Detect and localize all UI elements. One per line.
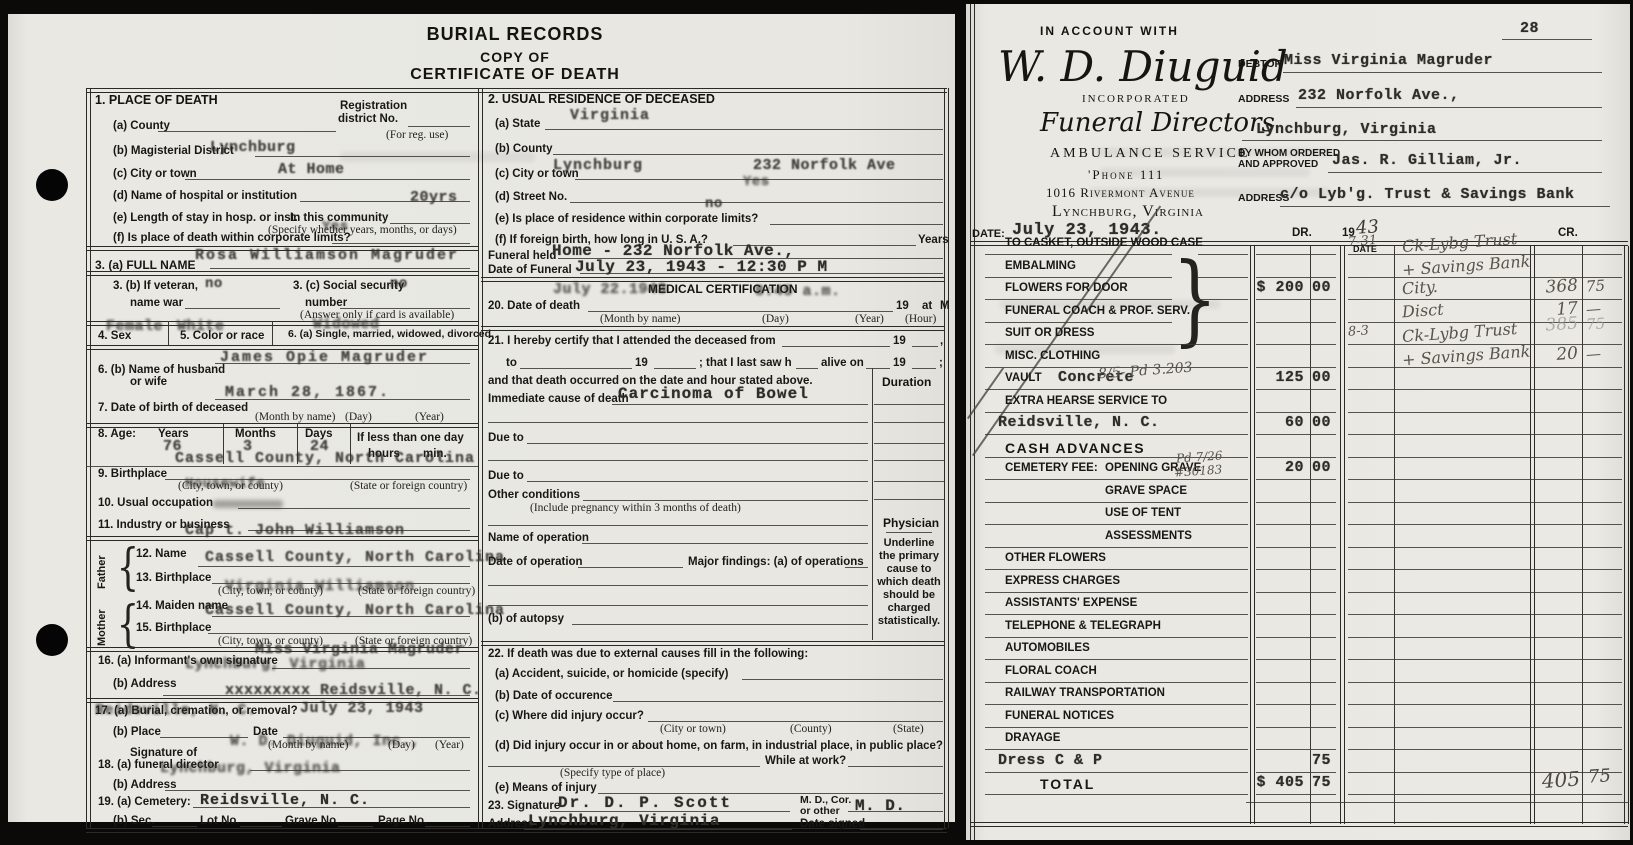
occupation-value: Housewife: [185, 476, 265, 492]
date-label: DATE:: [972, 228, 1005, 240]
ledger-row-line: [1348, 367, 1622, 368]
cemetery-label: 19. (a) Cemetery:: [98, 796, 191, 808]
for-reg-use-note: (For reg. use): [386, 129, 448, 141]
ledger-row-line: [1256, 322, 1336, 323]
ordered-by-label2: AND APPROVED: [1238, 159, 1318, 170]
debtor-value: Miss Virginia Magruder: [1284, 52, 1493, 69]
account-row-label: TELEPHONE & TELEGRAPH: [1005, 620, 1161, 632]
account-row-label: VAULT: [1005, 372, 1042, 384]
form-column-divider: [478, 88, 483, 828]
physician-heading: Physician: [883, 516, 939, 530]
account-row-sublabel: ASSESSMENTS: [1105, 530, 1192, 542]
age-months-label: Months: [235, 428, 276, 440]
ledger-rule: [1624, 246, 1629, 824]
ledger-row-line: [1256, 727, 1336, 728]
ledger-row-line: [985, 727, 1248, 728]
years-label: Years: [918, 234, 949, 246]
nineteen-label4: 19: [893, 357, 906, 369]
year-note: (Year): [415, 411, 444, 423]
age-label: 8. Age:: [98, 428, 136, 440]
ledger-row-line: [1256, 367, 1336, 368]
section2-heading: 2. USUAL RESIDENCE OF DECEASED: [488, 92, 715, 106]
field-line: [163, 695, 470, 696]
field-line: [613, 701, 943, 702]
day-note3: (Day): [762, 313, 789, 325]
ledger-row-line: [1256, 277, 1336, 278]
comma: ,: [940, 335, 943, 347]
field-line: [612, 404, 868, 405]
ledger-row-line: [1348, 277, 1622, 278]
ambulance-service-label: AMBULANCE SERVICE: [1050, 146, 1250, 162]
ledger-row-line: [1348, 794, 1622, 795]
field-line: [185, 308, 280, 309]
father-birthplace-value: Cassell County, North Carolina: [205, 549, 505, 566]
field-line: [527, 481, 868, 482]
autopsy-label: (b) of autopsy: [488, 613, 564, 625]
field-line: [488, 605, 868, 606]
field-line: [580, 273, 943, 274]
magisterial-district-value: Lynchburg: [210, 139, 296, 156]
account-row-label: ASSISTANTS' EXPENSE: [1005, 597, 1137, 609]
field-line: [1242, 140, 1602, 141]
year-note2: (Year): [435, 739, 464, 751]
state-foreign-note: (State or foreign country): [350, 480, 467, 492]
account-row-label: DRAYAGE: [1005, 732, 1060, 744]
hole-punch-top: [36, 169, 68, 201]
burial-place-label: (b) Place: [113, 726, 161, 738]
ordered-by-value: Jas. R. Gilliam, Jr.: [1332, 152, 1522, 169]
section-divider: [86, 271, 478, 276]
ledger-row-line: [1348, 457, 1622, 458]
ledger-row-line: [1348, 412, 1622, 413]
district-no-label: district No.: [338, 113, 398, 125]
field-line: [215, 399, 470, 400]
field-line: [524, 829, 792, 830]
field-line: [742, 679, 943, 680]
firm-street-label: 1016 Rivermont Avenue: [1046, 185, 1195, 201]
ledger-row-line: [985, 659, 1248, 660]
state-label: (a) State: [495, 118, 540, 130]
ledger-rule: [1250, 246, 1255, 824]
credit-entry-cents: 75: [1585, 315, 1605, 334]
major-findings-label: Major findings: (a) of operations: [688, 556, 864, 568]
father-birthplace-label: 13. Birthplace: [136, 572, 211, 584]
field-line: [240, 826, 282, 827]
ledger-row-line: [1348, 659, 1622, 660]
immediate-cause-label: Immediate cause of death: [488, 393, 629, 405]
grave-label: Grave No.: [285, 815, 339, 827]
ledger-row-line: [985, 254, 1172, 255]
ledger-row-line: [1256, 569, 1336, 570]
account-row-typed-value: Reidsville, N. C.: [998, 414, 1160, 431]
account-row-label: TO CASKET, OUTSIDE WOOD CASE: [1005, 237, 1203, 249]
phone-label: 'Phone 111: [1088, 167, 1164, 183]
date-of-death-value: July 22.1943: [553, 281, 667, 298]
father-brace: {: [117, 538, 139, 596]
certify-line1: 21. I hereby certify that I attended the…: [488, 335, 776, 347]
accident-label: (a) Accident, suicide, or homicide (spec…: [495, 668, 728, 680]
day-note2: (Day): [388, 739, 415, 751]
field-line: [588, 311, 893, 312]
ledger-row-line: [1348, 592, 1622, 593]
hole-punch-bottom: [36, 624, 68, 656]
physician-signature-value: Dr. D. P. Scott: [558, 794, 732, 812]
duration-line: [874, 460, 944, 461]
account-row-label: RAILWAY TRANSPORTATION: [1005, 687, 1165, 699]
debtor-label: DEBTOR: [1238, 58, 1282, 70]
field-line: [770, 224, 943, 225]
credit-entry-dollars: 20: [1531, 343, 1578, 366]
field-line: [1328, 172, 1602, 173]
ordered-by-label1: BY WHOM ORDERED: [1238, 148, 1340, 159]
field-line: [848, 766, 943, 767]
account-row-label: FLORAL COACH: [1005, 665, 1097, 677]
field-line: [520, 368, 632, 369]
account-dr-cents: 00: [1312, 459, 1331, 476]
physician-address-value: Lynchburg, Virginia: [528, 812, 720, 830]
credit-entry-dollars: 385: [1531, 314, 1578, 337]
field-line: [583, 500, 868, 501]
ledger-row-line: [1348, 772, 1622, 773]
section-divider: [86, 536, 478, 541]
city-town-county-note2: (City, town, or county): [218, 585, 323, 597]
father-name-label: 12. Name: [136, 548, 187, 560]
corporate-limits-label: (f) Is place of death within corporate l…: [113, 232, 351, 244]
duration-line: [874, 481, 944, 482]
credit-entry-note: Disct: [1401, 299, 1444, 321]
city-or-town-value: At Home: [278, 161, 345, 178]
field-line: [488, 422, 868, 423]
account-row-label: CASH ADVANCES: [1005, 440, 1145, 456]
ledger-row-line: [1256, 614, 1336, 615]
ledger-row-line: [985, 704, 1248, 705]
external-causes-label: 22. If death was due to external causes …: [488, 648, 808, 660]
father-label: Father: [96, 545, 108, 589]
ledger-row-line: [1256, 457, 1336, 458]
account-dr-cents: 00: [1312, 369, 1331, 386]
ledger-row-line: [985, 637, 1248, 638]
account-dr-dollars: 20: [1248, 459, 1304, 476]
firm-city-label: Lynchburg, Virginia: [1052, 203, 1204, 221]
section-divider: [86, 423, 478, 428]
other-conditions-label: Other conditions: [488, 489, 580, 501]
ledger-row-line: [985, 344, 1248, 345]
field-line: [912, 346, 938, 347]
field-line: [158, 131, 336, 132]
field-line: [845, 567, 868, 568]
spouse-label: 6. (b) Name of husband: [98, 364, 225, 376]
time-of-death-value: 8:45 a.m.: [755, 283, 841, 300]
account-row-sublabel: USE OF TENT: [1105, 507, 1181, 519]
hour-note3: (Hour): [905, 313, 936, 325]
cell-divider: [168, 321, 169, 345]
duration-box-border: [872, 368, 873, 640]
field-line: [198, 566, 470, 567]
residence-corporate-yes: Yes: [743, 174, 770, 190]
state-foreign-note2: (State or foreign country): [358, 585, 475, 597]
ledger-row-line: [1348, 682, 1622, 683]
ledger-row-line: [1348, 637, 1622, 638]
ledger-row-line: [1348, 547, 1622, 548]
ledger-row-line: [985, 749, 1248, 750]
field-line: [848, 811, 943, 812]
ledger-row-line: [1256, 772, 1336, 773]
informant-address-value: xxxxxxxxx Reidsville, N. C.: [225, 682, 482, 699]
ledger-row-line: [1256, 299, 1336, 300]
or-other-label: or other: [800, 805, 840, 817]
physician-note: Underline the primary cause to which dea…: [875, 537, 943, 628]
date-signed-label: Date signed: [800, 818, 865, 830]
sex-label: 4. Sex: [98, 330, 131, 342]
field-line: [796, 368, 818, 369]
veteran-value: no: [205, 276, 223, 292]
account-dr-dollars: $ 405: [1248, 774, 1304, 791]
ledger-row-line: [1256, 547, 1336, 548]
funeral-directors-label: Funeral Directors: [1040, 108, 1275, 138]
pregnancy-note: (Include pregnancy within 3 months of de…: [530, 502, 741, 514]
ledger-row-line: [985, 569, 1248, 570]
field-line: [545, 129, 943, 130]
burial-date-value: July 23, 1943: [300, 700, 424, 717]
occurrence-date-label: (b) Date of occurence: [495, 690, 613, 702]
account-dr-dollars: $ 200: [1248, 279, 1304, 296]
informant-address-label: (b) Address: [113, 678, 176, 690]
city-town-note: (City or town): [660, 723, 726, 735]
ledger-row-line: [1348, 299, 1622, 300]
at-label: at: [922, 300, 932, 312]
birthplace-value: Cassell County, North Carolina: [175, 450, 475, 467]
credit-total-dollars: 405: [1533, 766, 1581, 793]
section1-heading: 1. PLACE OF DEATH: [95, 93, 218, 107]
ledger-row-line: [1348, 434, 1622, 435]
in-account-with-label: IN ACCOUNT WITH: [1040, 24, 1179, 38]
ledger-row-line: [985, 614, 1248, 615]
ledger-row-line: [1256, 502, 1336, 503]
ledger-row-line: [1198, 254, 1248, 255]
ledger-row-line: [1348, 704, 1622, 705]
name-war-label: name war: [130, 297, 183, 309]
full-name-value: Rosa Williamson Magruder: [195, 247, 459, 264]
field-line: [1280, 206, 1610, 207]
ledger-row-line: [1256, 704, 1336, 705]
field-line: [570, 202, 943, 203]
ledger-row-line: [1348, 614, 1622, 615]
residence-county-label: (b) County: [495, 143, 552, 155]
form-border-left: [86, 88, 91, 828]
field-line: [654, 368, 696, 369]
ledger-row-line: [1348, 479, 1622, 480]
ledger-row-line: [1256, 344, 1336, 345]
page-label: Page No.: [378, 815, 427, 827]
form-border-right: [944, 88, 949, 828]
registration-label: Registration: [340, 100, 407, 112]
nineteen-label2: 19: [893, 335, 906, 347]
ledger-row-line: [985, 299, 1172, 300]
injury-home-label: (d) Did injury occur in or about home, o…: [495, 740, 943, 752]
alive-on-label: alive on: [821, 357, 864, 369]
account-row-label: CEMETERY FEE:: [1005, 462, 1098, 474]
ledger-row-line: [1256, 389, 1336, 390]
field-line: [1502, 39, 1592, 40]
birthplace-label: 9. Birthplace: [98, 468, 167, 480]
year-note3: (Year): [855, 313, 884, 325]
duration-line: [874, 499, 944, 500]
account-row-label: FUNERAL NOTICES: [1005, 710, 1114, 722]
hospital-label: (d) Name of hospital or institution: [113, 190, 297, 202]
ledger-row-line: [985, 502, 1248, 503]
ledger-rule: [1394, 246, 1395, 824]
account-row-label: FLOWERS FOR DOOR: [1005, 282, 1128, 294]
less-than-day-label: If less than one day: [357, 432, 464, 444]
credit-entry-date: 7-31: [1348, 233, 1378, 250]
ledger-row-line: [985, 772, 1248, 773]
account-row-label: OTHER FLOWERS: [1005, 552, 1106, 564]
field-line: [572, 624, 868, 625]
ledger-row-line: [1256, 749, 1336, 750]
account-row-label: EMBALMING: [1005, 260, 1076, 272]
field-line: [210, 268, 470, 269]
account-row-label: EXTRA HEARSE SERVICE TO: [1005, 395, 1167, 407]
field-line: [860, 829, 943, 830]
account-row-sublabel: GRAVE SPACE: [1105, 485, 1187, 497]
ledger-row-line: [1256, 592, 1336, 593]
last-saw-label: ; that I last saw h: [699, 357, 792, 369]
spouse-label2: or wife: [130, 376, 167, 388]
account-dr-cents: 75: [1312, 752, 1331, 769]
field-line: [152, 826, 197, 827]
street-number-label: (d) Street No.: [495, 191, 567, 203]
injury-where-label: (c) Where did injury occur?: [495, 710, 644, 722]
due-to-label1: Due to: [488, 432, 524, 444]
funeral-director-city: Lynchburg, Virginia: [160, 760, 341, 777]
md-value: M. D.: [855, 797, 906, 815]
ledger-row-line: [1256, 682, 1336, 683]
place-type-note: (Specify type of place): [560, 767, 665, 779]
credit-entry-cents: 75: [1585, 276, 1605, 295]
ledger-row-line: [1256, 524, 1336, 525]
ledger-row-line: [1256, 637, 1336, 638]
document-subtitle-2: CERTIFICATE OF DEATH: [300, 66, 730, 84]
social-security-label: 3. (c) Social security: [293, 280, 404, 292]
nineteen-label: 19: [896, 300, 909, 312]
length-of-stay-value: 20yrs: [410, 189, 458, 206]
ledger-row-line: [1348, 569, 1622, 570]
field-line: [912, 368, 936, 369]
scanned-document: BURIAL RECORDS COPY OF CERTIFICATE OF DE…: [0, 0, 1633, 845]
ledger-row-line: [1348, 502, 1622, 503]
field-line: [527, 443, 868, 444]
account-dr-cents: 00: [1312, 279, 1331, 296]
informant-city-value: Lynchburg, Virginia: [185, 656, 366, 673]
account-dr-dollars: 125: [1248, 369, 1304, 386]
operation-name-label: Name of operation: [488, 532, 589, 544]
ledger-row-line: [985, 794, 1248, 795]
due-to-label2: Due to: [488, 470, 524, 482]
funeral-date-label: Date of Funeral: [488, 264, 572, 276]
month-note: (Month by name): [255, 411, 335, 423]
field-line: [272, 668, 470, 669]
sec-label: (b) Sec.: [113, 815, 155, 827]
account-row-label: MISC. CLOTHING: [1005, 350, 1100, 362]
field-line: [1283, 72, 1602, 73]
ledger-row-line: [1256, 479, 1336, 480]
ledger-row-line: [1256, 659, 1336, 660]
ledger-row-line: [1256, 794, 1336, 795]
field-line: [1296, 107, 1602, 108]
field-line: [215, 363, 470, 364]
account-row-label: EXPRESS CHARGES: [1005, 575, 1120, 587]
dr-column-label: DR.: [1292, 227, 1312, 239]
ledger-row-line: [985, 547, 1248, 548]
ledger-row-line: [1198, 277, 1248, 278]
field-line: [86, 466, 478, 467]
full-name-label: 3. (a) FULL NAME: [95, 258, 195, 272]
cell-divider: [272, 321, 273, 345]
field-line: [488, 525, 868, 526]
document-subtitle-1: COPY OF: [300, 49, 730, 65]
account-row-label: SUIT OR DRESS: [1005, 327, 1094, 339]
field-line: [250, 770, 470, 771]
ledger-row-line: [985, 322, 1172, 323]
burial-place-value: Reidsville, N. C.: [95, 702, 257, 719]
ledger-row-line: [985, 524, 1248, 525]
credit-total-cents: 75: [1587, 765, 1611, 788]
month-note3: (Month by name): [600, 313, 680, 325]
debtor-address2-value: Lynchburg, Virginia: [1256, 121, 1437, 138]
state-note: (State): [893, 723, 924, 735]
ledger-bottom-rule: [970, 822, 1628, 827]
cr-column-label: CR.: [1558, 227, 1578, 239]
field-line: [185, 179, 470, 180]
credit-entry-date: 8-3: [1348, 323, 1370, 339]
ledger-row-line: [985, 592, 1248, 593]
ledger-rule: [1310, 246, 1311, 824]
debtor-address1-value: 232 Norfolk Ave.,: [1298, 87, 1460, 104]
mother-label: Mother: [96, 602, 108, 646]
account-dr-dollars: 60: [1248, 414, 1304, 431]
lot-label: Lot No.: [200, 815, 240, 827]
ledger-rule: [1340, 246, 1345, 824]
ledger-row-line: [1198, 299, 1248, 300]
semicolon: ;: [939, 357, 943, 369]
ledger-row-line: [1256, 434, 1336, 435]
field-line: [553, 154, 943, 155]
residence-corporate-label: (e) Is place of residence within corpora…: [495, 213, 758, 225]
physician-underline: [886, 532, 932, 533]
immediate-cause-value: Carcinoma of Bowel: [618, 385, 809, 403]
field-line: [488, 460, 868, 461]
ledger-row-line: [1198, 322, 1248, 323]
signature-of-label: Signature of: [130, 747, 197, 759]
account-row-typed-value: Dress C & P: [998, 752, 1103, 769]
section-divider: [481, 326, 944, 331]
race-label: 5. Color or race: [180, 330, 264, 342]
ledger-row-line: [985, 479, 1248, 480]
nineteen-label3: 19: [635, 357, 648, 369]
field-line: [488, 585, 868, 586]
ledger-row-line: [1348, 389, 1622, 390]
account-dr-cents: 75: [1312, 774, 1331, 791]
field-line: [578, 567, 683, 568]
county-note: (County): [790, 723, 832, 735]
field-line: [866, 368, 890, 369]
credit-entry-cents: —: [1585, 344, 1601, 363]
field-line: [338, 826, 373, 827]
ledger-row-line: [985, 389, 1248, 390]
ledger-row-line: [1348, 749, 1622, 750]
account-row-label: TOTAL: [1040, 776, 1095, 792]
mother-birthplace-label: 15. Birthplace: [136, 622, 211, 634]
